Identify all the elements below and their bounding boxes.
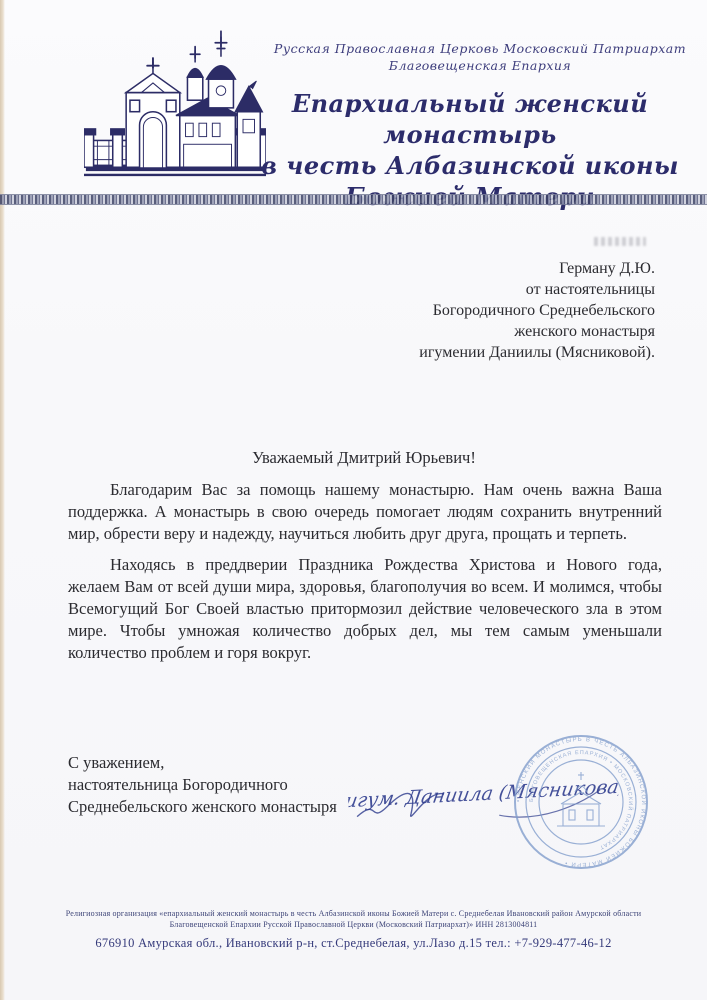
- title-line-1: Епархиальный женский монастырь: [250, 88, 690, 150]
- recipient-line: игумении Даниилы (Мясниковой).: [330, 342, 655, 363]
- closing-line: С уважением,: [68, 752, 337, 774]
- pencil-smudge: [594, 237, 646, 246]
- title-line-2: в честь Албазинской иконы: [250, 150, 690, 181]
- closing-line: настоятельница Богородичного: [68, 774, 337, 796]
- body-paragraph-2: Находясь в преддверии Праздника Рождеств…: [68, 554, 662, 664]
- footer-block: Религиозная организация «епархиальный же…: [40, 909, 667, 951]
- recipient-line: женского монастыря: [330, 321, 655, 342]
- closing-line: Среднебельского женского монастыря: [68, 796, 337, 818]
- paragraph-text: Благодарим Вас за помощь нашему монастыр…: [68, 480, 662, 543]
- org-line-1: Русская Православная Церковь Московский …: [270, 40, 690, 57]
- recipient-block: Герману Д.Ю. от настоятельницы Богородич…: [330, 258, 655, 363]
- org-line-2: Благовещенская Епархия: [270, 57, 690, 74]
- paragraph-text: Находясь в преддверии Праздника Рождеств…: [68, 555, 662, 662]
- recipient-line: от настоятельницы: [330, 279, 655, 300]
- footer-address: 676910 Амурская обл., Ивановский р-н, ст…: [40, 936, 667, 951]
- salutation: Уважаемый Дмитрий Юрьевич!: [68, 448, 660, 468]
- decorative-divider: [0, 194, 707, 205]
- footer-org-line-2: Благовещенской Епархии Русской Православ…: [40, 920, 667, 931]
- recipient-line: Герману Д.Ю.: [330, 258, 655, 279]
- closing-block: С уважением, настоятельница Богородичног…: [68, 752, 337, 818]
- letter-page: Русская Православная Церковь Московский …: [0, 0, 707, 1000]
- letterhead-org-block: Русская Православная Церковь Московский …: [270, 40, 690, 74]
- church-illustration-icon: [84, 20, 266, 190]
- stamp-church-icon: [557, 772, 605, 826]
- stamp-inner-text: БЛАГОВЕЩЕНСКАЯ ЕПАРХИЯ • МОСКОВСКИЙ ПАТР…: [529, 750, 635, 850]
- round-stamp-seal: • ЖЕНСКИЙ МОНАСТЫРЬ В ЧЕСТЬ АЛБАЗИНСКОЙ …: [511, 732, 651, 872]
- footer-org-line-1: Религиозная организация «епархиальный же…: [40, 909, 667, 920]
- recipient-line: Богородичного Среднебельского: [330, 300, 655, 321]
- scan-edge-artifact: [0, 0, 5, 1000]
- svg-text:БЛАГОВЕЩЕНСКАЯ ЕПАРХИЯ • МОСКО: БЛАГОВЕЩЕНСКАЯ ЕПАРХИЯ • МОСКОВСКИЙ ПАТР…: [529, 750, 635, 850]
- body-paragraph-1: Благодарим Вас за помощь нашему монастыр…: [68, 479, 662, 545]
